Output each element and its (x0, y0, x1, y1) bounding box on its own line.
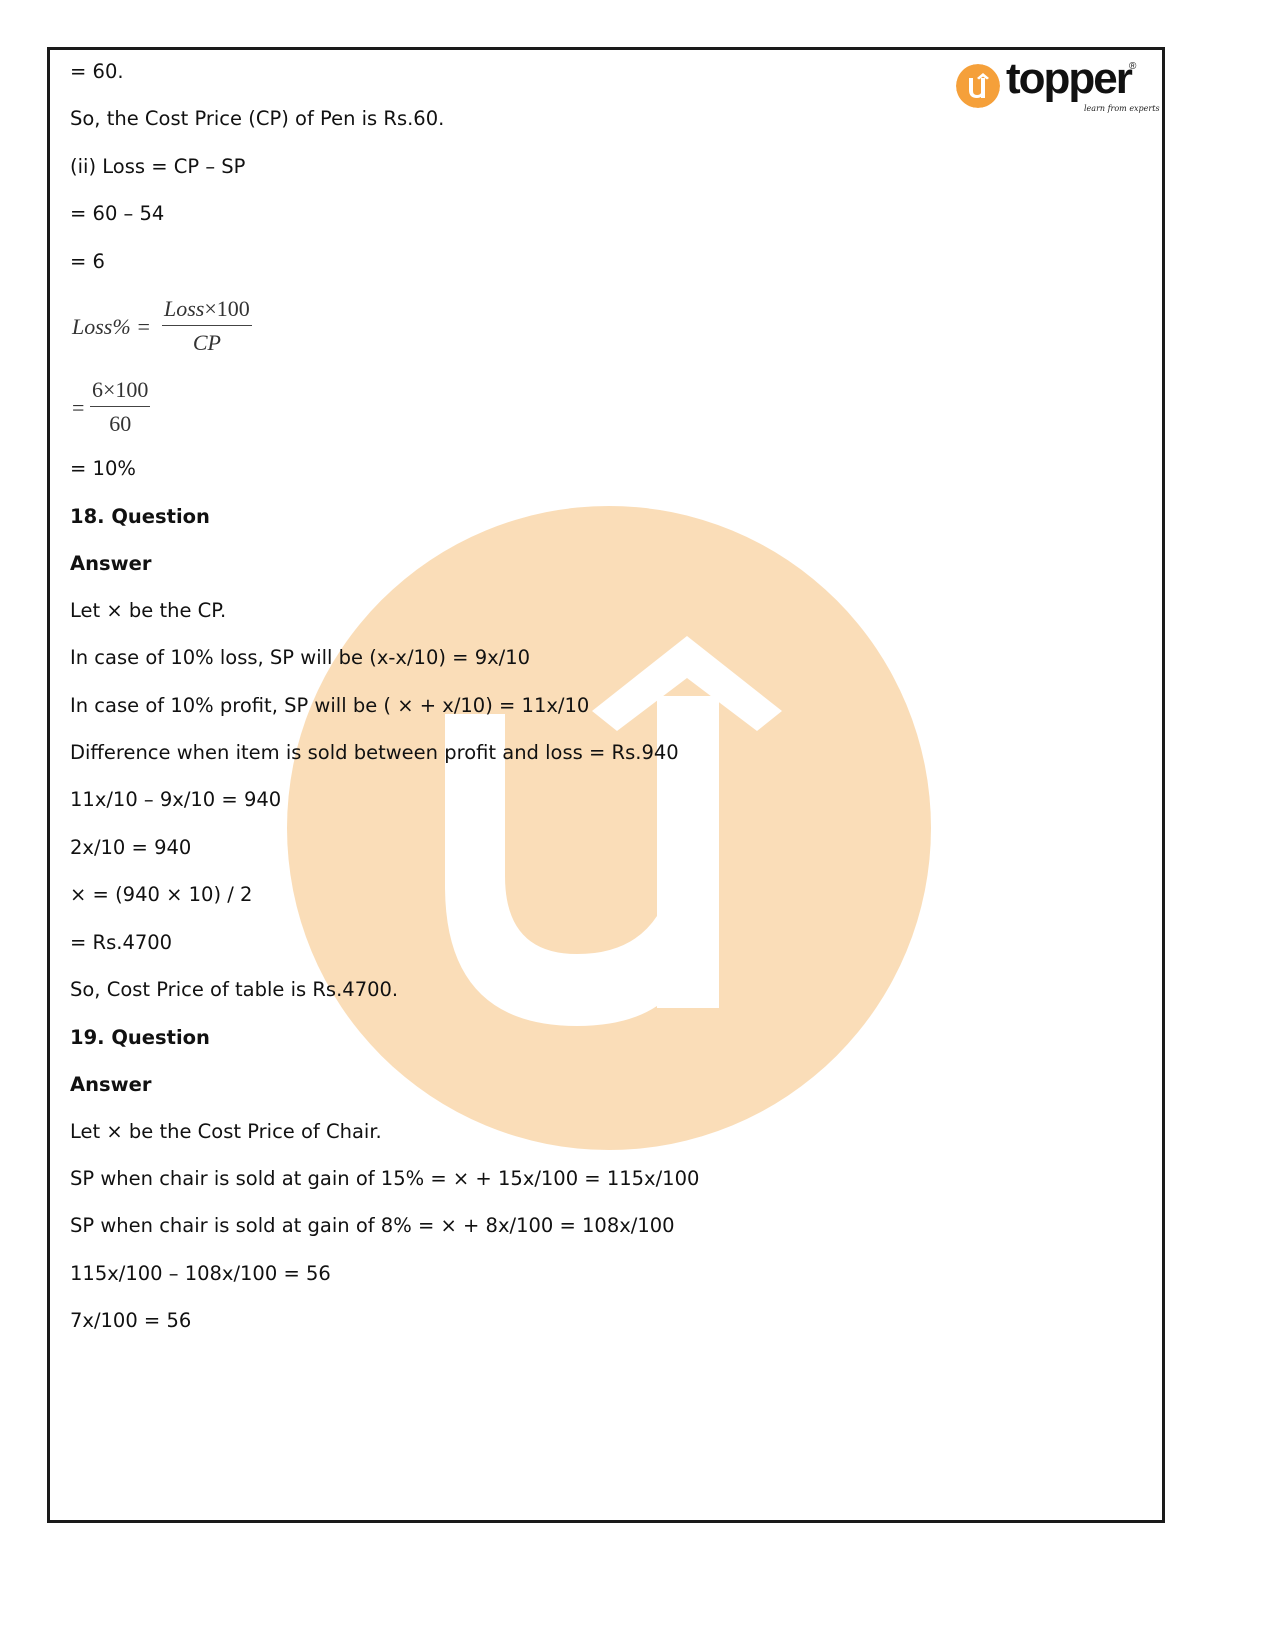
q19-step: SP when chair is sold at gain of 8% = × … (70, 1214, 675, 1238)
q18-step: Let × be the CP. (70, 599, 226, 623)
q18-step: Difference when item is sold between pro… (70, 741, 679, 765)
q18-step: × = (940 × 10) / 2 (70, 883, 252, 907)
numerator-variable: Loss (164, 296, 204, 321)
topper-logo: topper ® learn from experts (956, 60, 1146, 120)
topper-badge-icon (956, 64, 1000, 108)
q18-step: = Rs.4700 (70, 931, 172, 955)
q18-step: 11x/10 – 9x/10 = 940 (70, 788, 281, 812)
q19-step: Let × be the Cost Price of Chair. (70, 1120, 382, 1144)
fraction-denominator: CP (162, 326, 252, 356)
formula-fraction: Loss×100 CP (162, 296, 252, 356)
fraction-numerator: 6×100 (90, 377, 150, 407)
result-line: = 10% (70, 457, 136, 481)
loss-percent-formula: Loss% = Loss×100 CP (72, 296, 292, 360)
brand-tagline: learn from experts (1084, 104, 1160, 113)
text-line: = 60. (70, 60, 124, 84)
q18-step: In case of 10% loss, SP will be (x-x/10)… (70, 646, 530, 670)
q19-step: SP when chair is sold at gain of 15% = ×… (70, 1167, 699, 1191)
formula-fraction: 6×100 60 (90, 377, 150, 437)
q18-step: 2x/10 = 940 (70, 836, 191, 860)
formula-lhs: Loss% = (72, 314, 151, 340)
page-border (47, 47, 1165, 1523)
q18-step: So, Cost Price of table is Rs.4700. (70, 978, 398, 1002)
q18-step: In case of 10% profit, SP will be ( × + … (70, 694, 589, 718)
text-line: (ii) Loss = CP – SP (70, 155, 245, 179)
question-heading-18: 18. Question (70, 505, 210, 529)
substituted-formula: = 6×100 60 (72, 377, 192, 441)
q19-step: 7x/100 = 56 (70, 1309, 191, 1333)
text-line: = 6 (70, 250, 105, 274)
fraction-numerator: Loss×100 (162, 296, 252, 326)
text-line: = 60 – 54 (70, 202, 164, 226)
question-heading-19: 19. Question (70, 1026, 210, 1050)
formula-equals: = (72, 395, 84, 421)
numerator-rest: ×100 (204, 296, 249, 321)
answer-label-18: Answer (70, 552, 151, 576)
q19-step: 115x/100 – 108x/100 = 56 (70, 1262, 331, 1286)
text-line: So, the Cost Price (CP) of Pen is Rs.60. (70, 107, 444, 131)
brand-name: topper (1006, 54, 1131, 104)
fraction-denominator: 60 (90, 407, 150, 437)
registered-mark: ® (1129, 61, 1136, 72)
answer-label-19: Answer (70, 1073, 151, 1097)
